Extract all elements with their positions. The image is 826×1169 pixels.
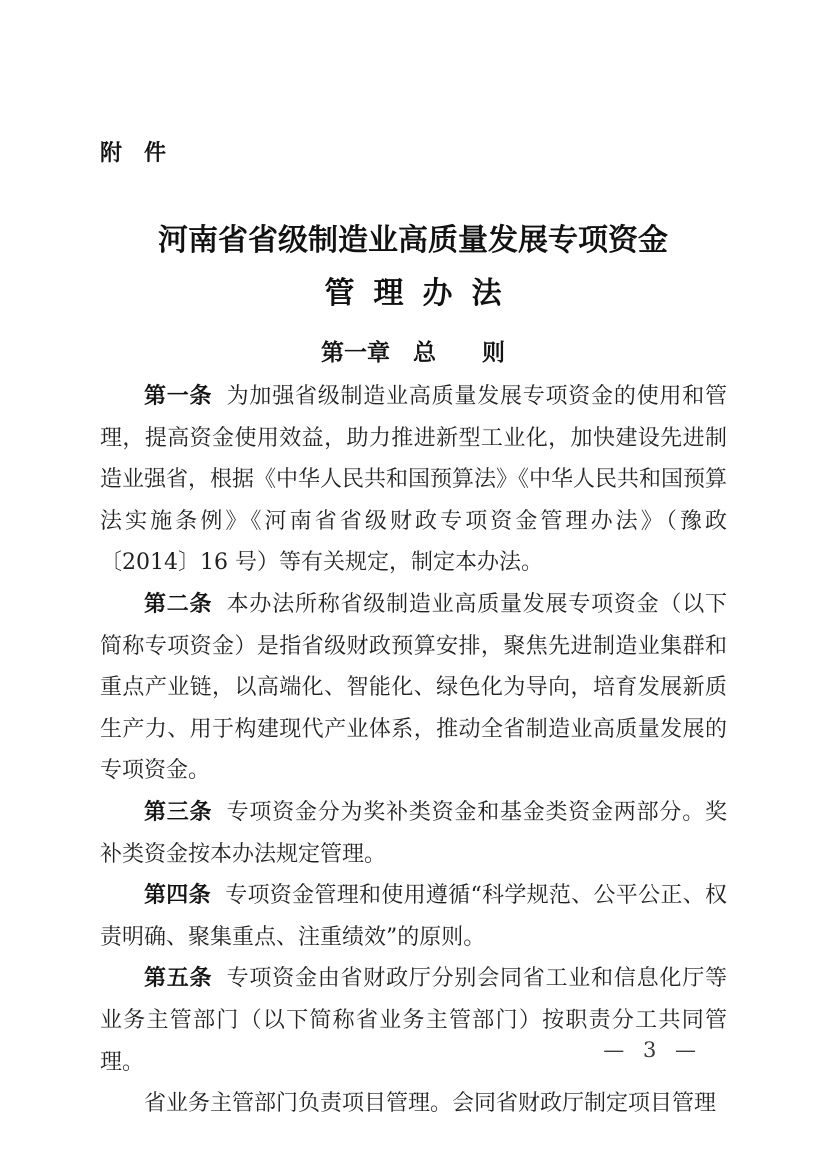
article-5: 第五条专项资金由省财政厅分别会同省工业和信息化厅等业务主管部门（以下简称省业务主… (100, 958, 727, 1083)
article-1-number: 第一条 (144, 384, 227, 409)
chapter-heading: 第一章 总 则 (0, 334, 826, 367)
article-3: 第三条专项资金分为奖补类资金和基金类资金两部分。奖补类资金按本办法规定管理。 (100, 792, 727, 875)
document-title-line1: 河南省省级制造业高质量发展专项资金 (0, 215, 826, 259)
article-1-text: 为加强省级制造业高质量发展专项资金的使用和管理，提高资金使用效益，助力推进新型工… (100, 384, 727, 575)
article-5-number: 第五条 (144, 966, 227, 991)
page-number: — 3 — (603, 1038, 702, 1062)
article-2: 第二条本办法所称省级制造业高质量发展专项资金（以下简称专项资金）是指省级财政预算… (100, 584, 727, 792)
article-3-number: 第三条 (144, 800, 227, 825)
document-title-line2: 管理办法 (0, 268, 826, 312)
article-2-number: 第二条 (144, 592, 227, 617)
document-page: 附 件 河南省省级制造业高质量发展专项资金 管理办法 第一章 总 则 第一条为加… (0, 0, 826, 1169)
attachment-label: 附 件 (100, 136, 166, 167)
article-5-continuation-text: 省业务主管部门负责项目管理。会同省财政厅制定项目管理 (144, 1091, 716, 1116)
article-2-text: 本办法所称省级制造业高质量发展专项资金（以下简称专项资金）是指省级财政预算安排，… (100, 592, 727, 783)
article-5-continuation: 省业务主管部门负责项目管理。会同省财政厅制定项目管理 (100, 1083, 727, 1125)
article-4-number: 第四条 (144, 883, 225, 908)
document-body: 第一条为加强省级制造业高质量发展专项资金的使用和管理，提高资金使用效益，助力推进… (100, 376, 727, 1125)
article-1: 第一条为加强省级制造业高质量发展专项资金的使用和管理，提高资金使用效益，助力推进… (100, 376, 727, 584)
article-4: 第四条专项资金管理和使用遵循“科学规范、公平公正、权责明确、聚集重点、注重绩效”… (100, 875, 727, 958)
